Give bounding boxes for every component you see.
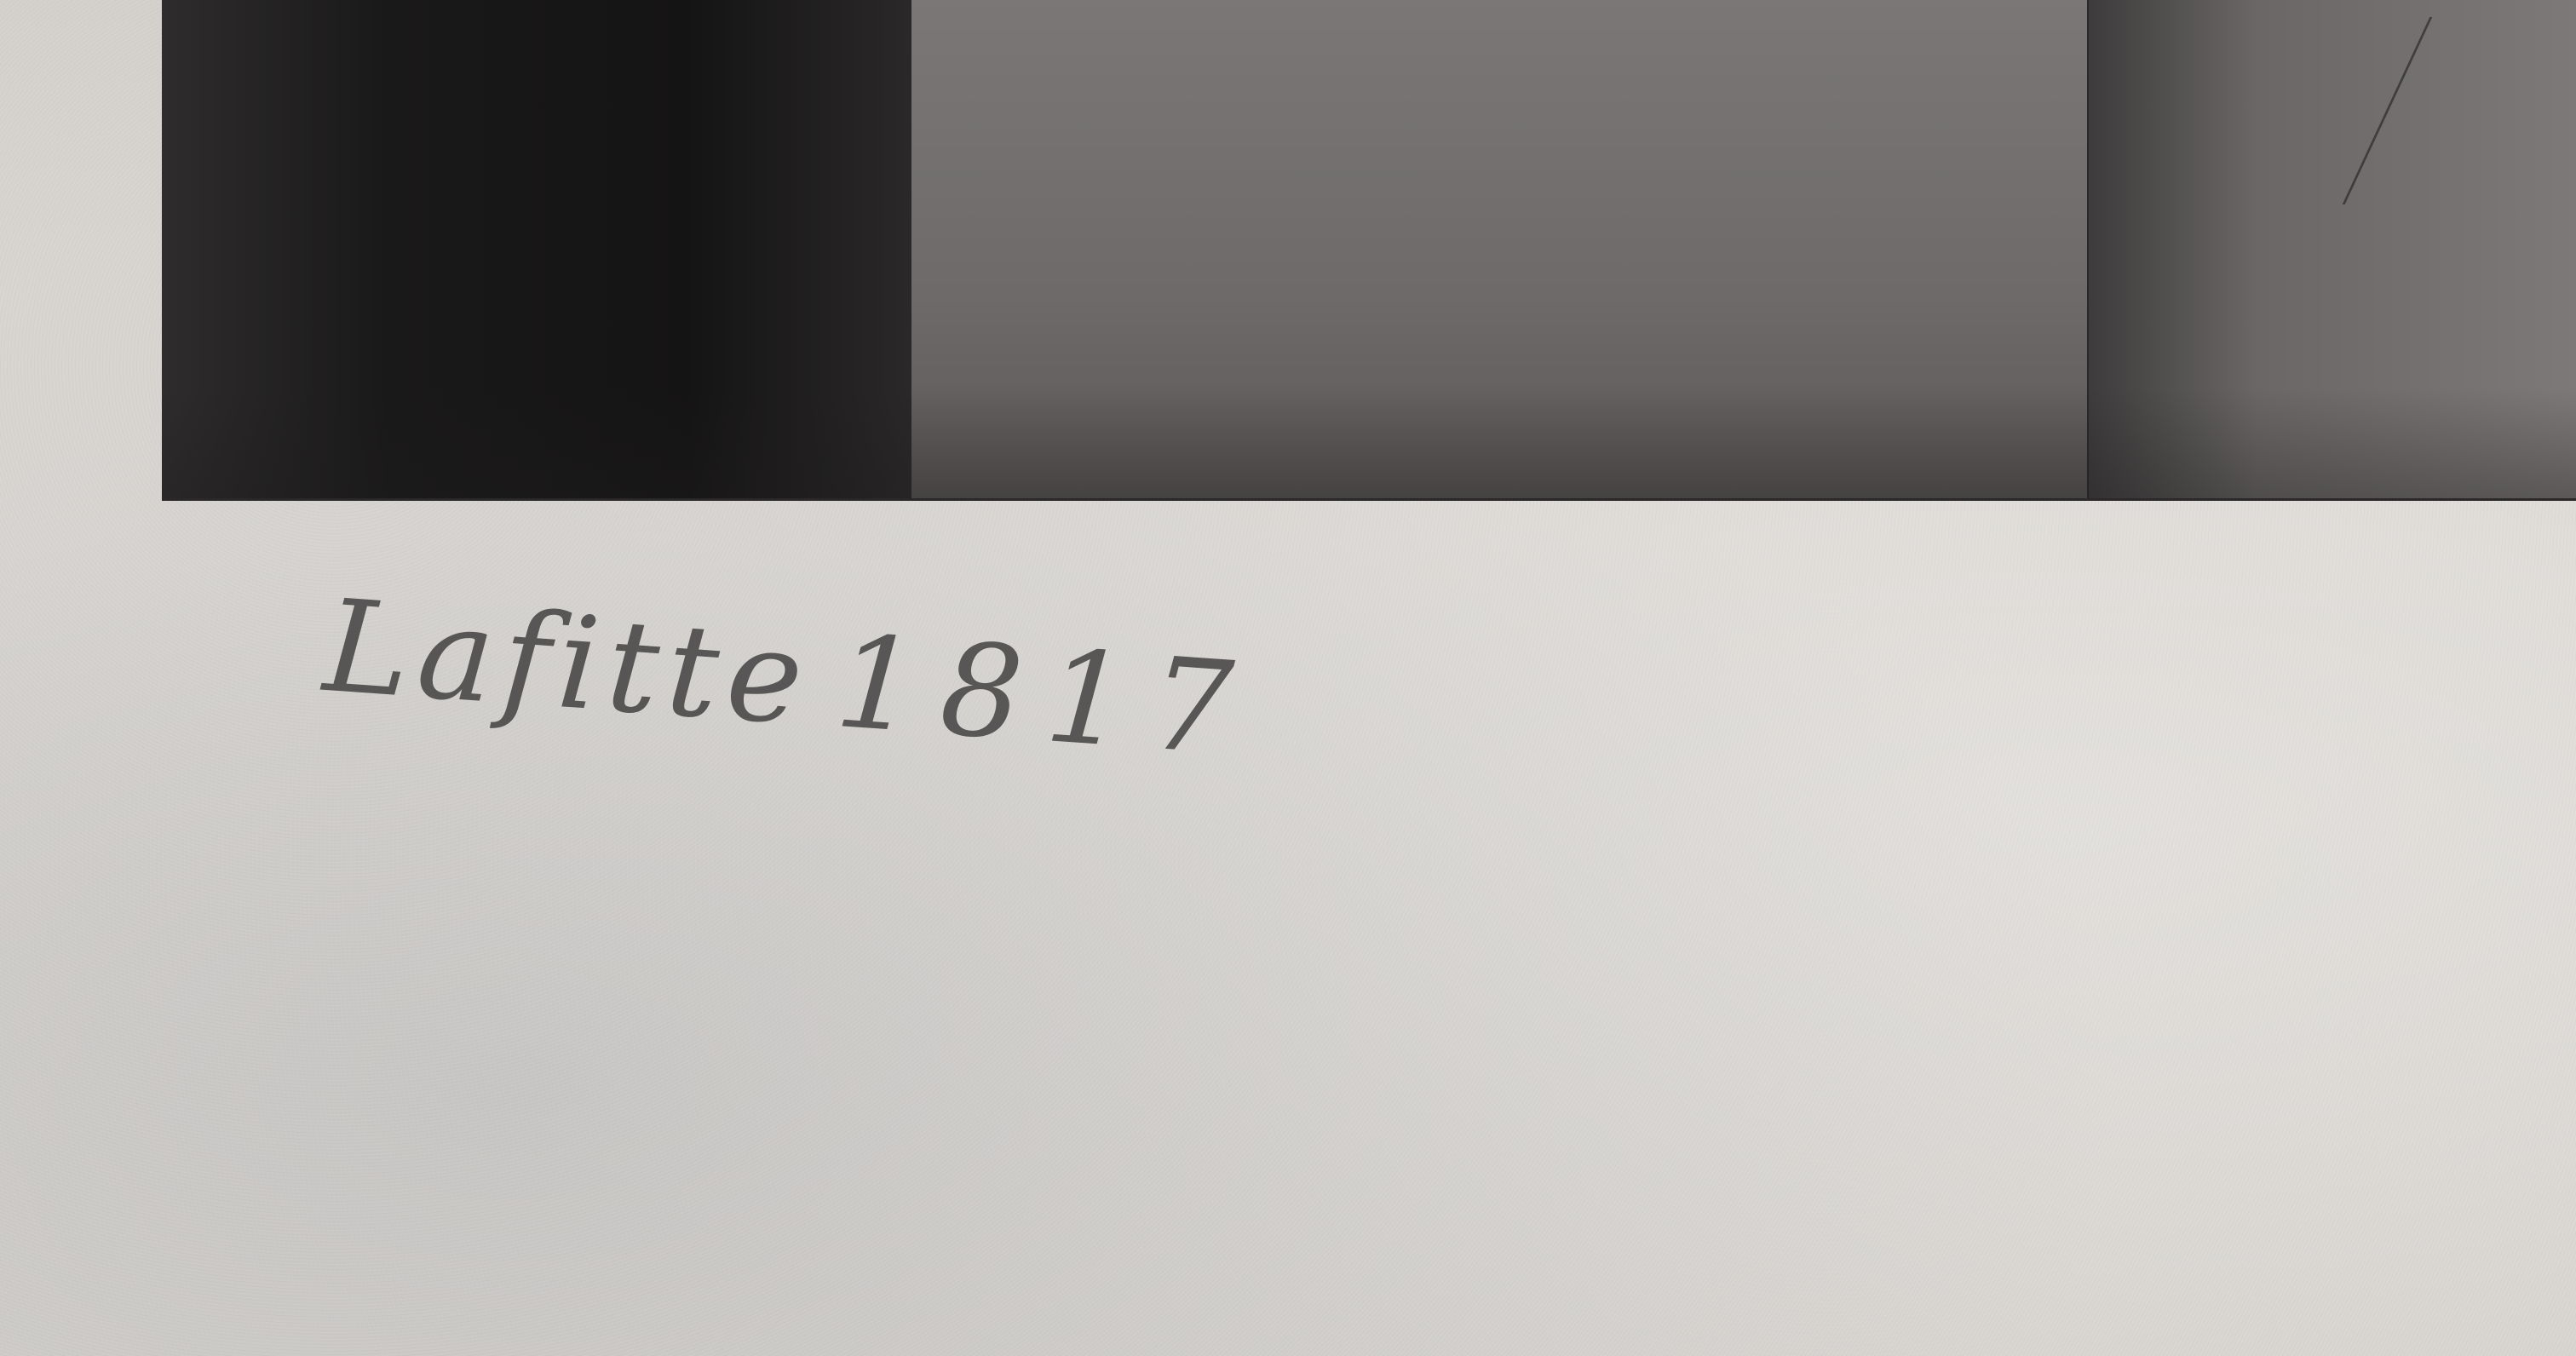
signature-year: 1817 [831, 608, 1262, 785]
right-shaded-panel [2087, 0, 2576, 498]
hatch-stroke [2343, 17, 2576, 204]
dark-shaded-panel [162, 0, 911, 498]
drawing-image-area [162, 0, 2576, 501]
mid-tone-panel [911, 0, 2087, 498]
